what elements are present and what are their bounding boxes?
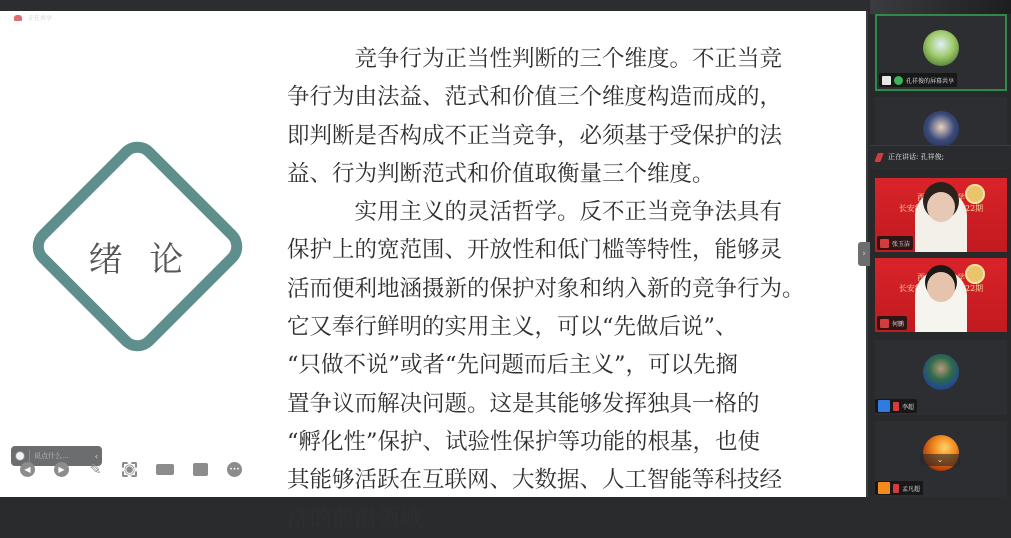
previous-slide-button[interactable]: ◀ <box>20 462 35 477</box>
more-button[interactable]: ••• <box>227 462 242 477</box>
collapse-chat-button[interactable]: ‹ <box>95 452 98 461</box>
participant-name: 孟凡超 <box>902 484 920 493</box>
mic-muted-icon <box>893 402 899 411</box>
slide-line: 争行为由法益、范式和价值三个维度构造而成的， <box>287 78 862 116</box>
name-tag: 孔祥俊的屏幕共享 <box>879 73 957 87</box>
participant-tile-video[interactable]: 西北政法大学 长安经济法论坛2022期 85周年 何鹏 <box>875 258 1007 332</box>
slide-line: 其能够活跃在互联网、大数据、人工智能等科技经 <box>287 461 862 497</box>
pen-icon: ✎ <box>90 462 102 478</box>
user-icon <box>878 482 890 494</box>
slide-line: “只做不说”或者“先问题而后主义”，可以先搁 <box>287 346 862 384</box>
person <box>915 270 967 332</box>
chevron-right-icon: › <box>862 249 866 259</box>
next-slide-button[interactable]: ▶ <box>54 462 69 477</box>
camera-button[interactable] <box>156 464 174 475</box>
slide-body-text: 竞争行为正当性判断的三个维度。不正当竞 争行为由法益、范式和价值三个维度构造而成… <box>287 40 862 497</box>
name-tag: 何鹏 <box>877 316 907 330</box>
slide-line: 竞争行为正当性判断的三个维度。不正当竞 <box>287 40 862 78</box>
name-tag: 张玉洁 <box>877 236 913 250</box>
mic-muted-icon <box>874 153 883 162</box>
divider <box>29 450 30 462</box>
avatar <box>923 354 959 390</box>
participant-tile-screen-share[interactable]: 孔祥俊的屏幕共享 <box>875 14 1007 91</box>
focus-icon: ◉ <box>124 462 135 477</box>
name-tag: 孟凡超 <box>875 481 923 495</box>
panel-header <box>870 0 1011 14</box>
section-title: 绪 论 <box>40 232 240 281</box>
mic-muted-icon <box>880 239 889 248</box>
presentation-toolbar: ◀ ▶ ✎ ◉ ••• <box>20 462 242 477</box>
window-titlebar <box>0 0 1011 11</box>
prev-icon: ◀ <box>24 465 30 474</box>
slide-line: 即判断是否构成不正当竞争，必须基于受保护的法 <box>287 117 862 155</box>
name-tag: 李超 <box>875 399 917 413</box>
next-icon: ▶ <box>58 465 64 474</box>
participant-tile-video[interactable]: 西北政法大学 长安经济法论坛2022期 85周年 张玉洁 <box>875 178 1007 252</box>
slide-line: “孵化性”保护、试验性保护等功能的根基，也使 <box>287 423 862 461</box>
slide-line: 它又奉行鲜明的实用主义，可以“先做后说”、 <box>287 308 862 346</box>
more-icon: ••• <box>229 466 240 473</box>
mic-muted-icon <box>893 484 899 493</box>
avatar <box>923 30 959 66</box>
person <box>915 190 967 252</box>
pen-button[interactable]: ✎ <box>88 462 103 477</box>
mic-muted-icon <box>880 319 889 328</box>
share-status-icon <box>14 15 22 21</box>
participant-tile[interactable]: ⌄ 孟凡超 <box>875 421 1007 497</box>
chat-input[interactable]: 说点什么... <box>34 451 91 461</box>
slide-line: 置争议而解决问题。这是其能够发挥独具一格的 <box>287 385 862 423</box>
participant-name: 何鹏 <box>892 319 904 328</box>
screenshot-button[interactable]: ◉ <box>122 462 137 477</box>
speaking-label: 正在讲话: 孔祥俊; <box>888 152 944 162</box>
message-button[interactable] <box>193 463 208 476</box>
slide-line: 益、行为判断范式和价值取衡量三个维度。 <box>287 155 862 193</box>
mic-on-icon <box>894 76 903 85</box>
participant-name: 李超 <box>902 402 914 411</box>
slide-line: 实用主义的灵活哲学。反不正当竞争法具有 <box>287 193 862 231</box>
chevron-down-icon[interactable]: ⌄ <box>920 454 960 466</box>
slide-line: 保护上的宽范围、开放性和低门槛等特性，能够灵 <box>287 231 862 269</box>
participants-panel: 孔祥俊的屏幕共享 正在讲话: 孔祥俊; 西北政法大学 长安经济法论坛2022期 … <box>870 0 1011 497</box>
emoji-icon[interactable] <box>15 451 25 461</box>
slide-line: 活而便利地涵摄新的保护对象和纳入新的竞争行为。 <box>287 270 862 308</box>
expand-panel-handle[interactable]: › <box>858 242 870 266</box>
user-icon <box>878 400 890 412</box>
speaking-indicator: 正在讲话: 孔祥俊; <box>870 145 1011 168</box>
sharing-label: 正在共享 <box>28 13 52 22</box>
participant-name: 张玉洁 <box>892 239 910 248</box>
screen-share-icon <box>882 76 891 85</box>
sharing-indicator: 正在共享 <box>14 13 52 22</box>
avatar <box>923 111 959 147</box>
participant-name: 孔祥俊的屏幕共享 <box>906 76 954 85</box>
participant-tile[interactable]: 李超 <box>875 340 1007 415</box>
